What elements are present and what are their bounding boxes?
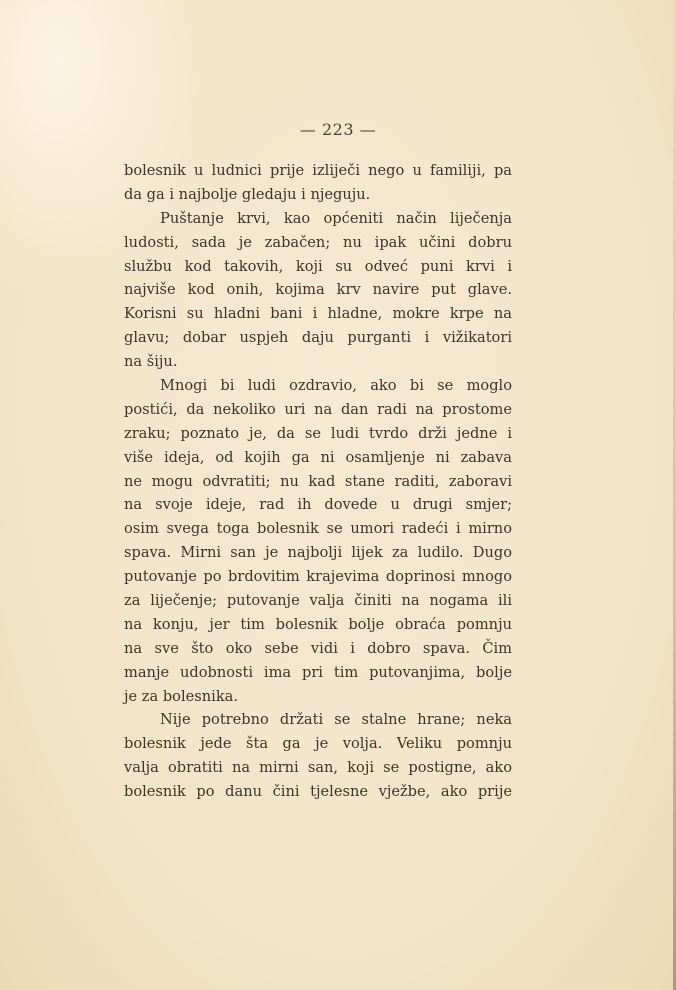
text-line: Mnogi bi ludi ozdravio, ako bi se moglo (124, 374, 512, 398)
text-line: bolesnik po danu čini tjelesne vježbe, a… (124, 780, 512, 804)
text-line: na šiju. (124, 350, 512, 374)
text-line: je za bolesnika. (124, 685, 512, 709)
text-line: ne mogu odvratiti; nu kad stane raditi, … (124, 470, 512, 494)
text-line: ludosti, sada je zabačen; nu ipak učini … (124, 231, 512, 255)
text-line: putovanje po brdovitim krajevima doprino… (124, 565, 512, 589)
text-line: valja obratiti na mirni san, koji se pos… (124, 756, 512, 780)
text-line: za liječenje; putovanje valja činiti na … (124, 589, 512, 613)
body-text: bolesnik u ludnici prije izliječi nego u… (124, 159, 512, 804)
text-line: bolesnik jede šta ga je volja. Veliku po… (124, 732, 512, 756)
text-line: na svoje ideje, rad ih dovede u drugi sm… (124, 493, 512, 517)
text-line: zraku; poznato je, da se ludi tvrdo drži… (124, 422, 512, 446)
text-line: na sve što oko sebe vidi i dobro spava. … (124, 637, 512, 661)
text-line: Puštanje krvi, kao općeniti način liječe… (124, 207, 512, 231)
text-line: Korisni su hladni bani i hladne, mokre k… (124, 302, 512, 326)
text-line: glavu; dobar uspjeh daju purganti i viži… (124, 326, 512, 350)
text-line: bolesnik u ludnici prije izliječi nego u… (124, 159, 512, 183)
scanned-book-page: — 223 — bolesnik u ludnici prije izliječ… (0, 0, 676, 990)
text-line: službu kod takovih, koji su odveć puni k… (124, 255, 512, 279)
text-line: manje udobnosti ima pri tim putovanjima,… (124, 661, 512, 685)
text-line: osim svega toga bolesnik se umori radeći… (124, 517, 512, 541)
text-line: više ideja, od kojih ga ni osamljenje ni… (124, 446, 512, 470)
text-line: na konju, jer tim bolesnik bolje obraća … (124, 613, 512, 637)
text-line: postići, da nekoliko uri na dan radi na … (124, 398, 512, 422)
page-number: — 223 — (0, 120, 676, 139)
text-line: da ga i najbolje gledaju i njeguju. (124, 183, 512, 207)
text-line: spava. Mirni san je najbolji lijek za lu… (124, 541, 512, 565)
text-line: najviše kod onih, kojima krv navire put … (124, 278, 512, 302)
text-line: Nije potrebno držati se stalne hrane; ne… (124, 708, 512, 732)
